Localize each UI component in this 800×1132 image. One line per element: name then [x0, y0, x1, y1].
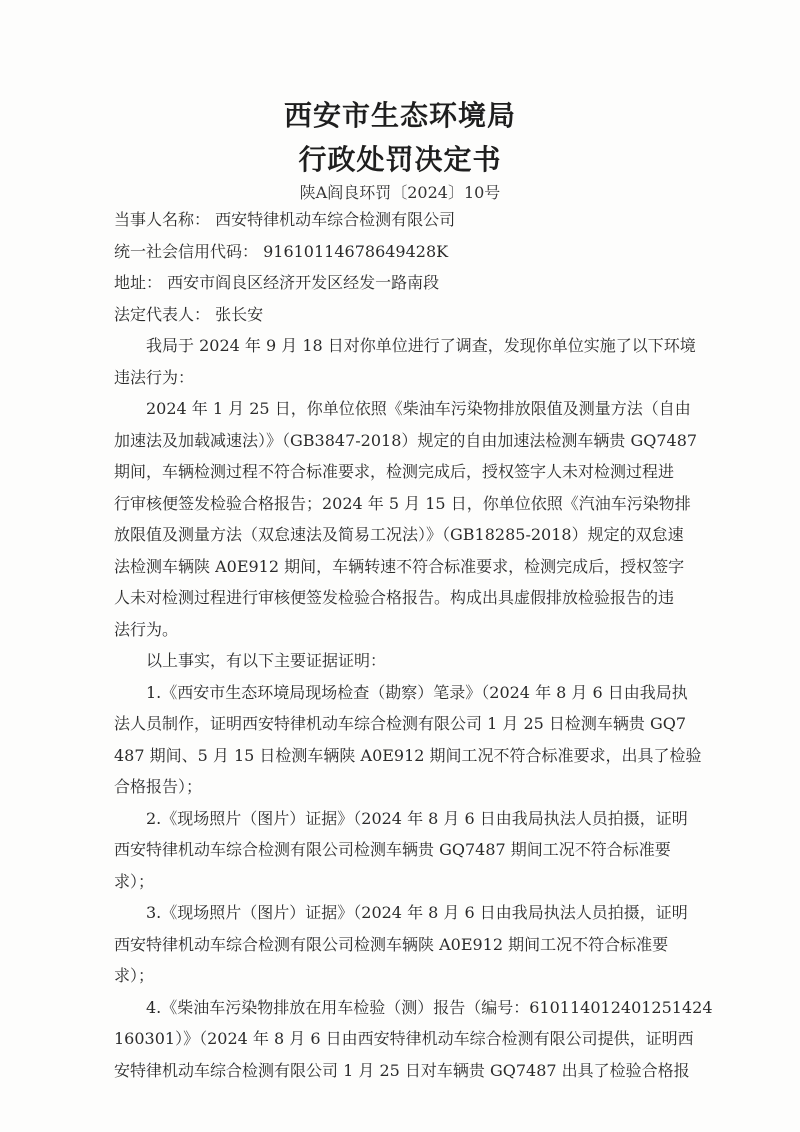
evidence-item-2: 2.《现场照片（图片）证据》（2024 年 8 月 6 日由我局执法人员拍摄，证…: [114, 803, 688, 835]
evidence-item-2-cont: 求）；: [114, 866, 688, 898]
evidence-item-4: 4.《柴油车污染物排放在用车检验（测）报告（编号：610114012401251…: [114, 992, 688, 1024]
violation-paragraph-cont: 人未对检测过程进行审核便签发检验合格报告。构成出具虚假排放检验报告的违: [114, 582, 688, 614]
violation-paragraph-cont: 行审核便签发检验合格报告；2024 年 5 月 15 日，你单位依照《汽油车污染…: [114, 488, 688, 520]
violation-paragraph-cont: 期间，车辆检测过程不符合标准要求，检测完成后，授权签字人未对检测过程进: [114, 456, 688, 488]
evidence-intro: 以上事实，有以下主要证据证明：: [114, 645, 688, 677]
evidence-item-2-cont: 西安特律机动车综合检测有限公司检测车辆贵 GQ7487 期间工况不符合标准要: [114, 834, 688, 866]
violation-paragraph-cont: 放限值及测量方法（双怠速法及简易工况法）》（GB18285-2018）规定的双怠…: [114, 519, 688, 551]
investigation-paragraph-cont: 违法行为：: [114, 362, 688, 394]
party-name-line: 当事人名称： 西安特律机动车综合检测有限公司: [114, 204, 688, 236]
evidence-item-1-cont: 487 期间、5 月 15 日检测车辆陕 A0E912 期间工况不符合标准要求，…: [114, 740, 688, 772]
address-line: 地址： 西安市阎良区经济开发区经发一路南段: [114, 267, 688, 299]
evidence-item-1: 1.《西安市生态环境局现场检查（勘察）笔录》（2024 年 8 月 6 日由我局…: [114, 677, 688, 709]
issuing-authority-title: 西安市生态环境局: [0, 94, 800, 134]
document-type-title: 行政处罚决定书: [0, 138, 800, 178]
violation-paragraph-cont: 法行为。: [114, 614, 688, 646]
legal-rep-line: 法定代表人： 张长安: [114, 299, 688, 331]
credit-code-line: 统一社会信用代码： 91610114678649428K: [114, 236, 688, 268]
evidence-item-3: 3.《现场照片（图片）证据》（2024 年 8 月 6 日由我局执法人员拍摄，证…: [114, 897, 688, 929]
violation-paragraph-cont: 加速法及加载减速法）》（GB3847-2018）规定的自由加速法检测车辆贵 GQ…: [114, 425, 688, 457]
document-body: 当事人名称： 西安特律机动车综合检测有限公司 统一社会信用代码： 9161011…: [114, 204, 688, 1086]
evidence-item-1-cont: 法人员制作，证明西安特律机动车综合检测有限公司 1 月 25 日检测车辆贵 GQ…: [114, 708, 688, 740]
evidence-item-3-cont: 西安特律机动车综合检测有限公司检测车辆陕 A0E912 期间工况不符合标准要: [114, 929, 688, 961]
evidence-item-4-cont: 安特律机动车综合检测有限公司 1 月 25 日对车辆贵 GQ7487 出具了检验…: [114, 1055, 688, 1087]
violation-paragraph: 2024 年 1 月 25 日，你单位依照《柴油车污染物排放限值及测量方法（自由: [114, 393, 688, 425]
evidence-item-4-cont: 160301）》（2024 年 8 月 6 日由西安特律机动车综合检测有限公司提…: [114, 1023, 688, 1055]
violation-paragraph-cont: 法检测车辆陕 A0E912 期间，车辆转速不符合标准要求，检测完成后，授权签字: [114, 551, 688, 583]
document-page: 西安市生态环境局 行政处罚决定书 陕A阎良环罚〔2024〕10号 当事人名称： …: [0, 0, 800, 1132]
investigation-paragraph: 我局于 2024 年 9 月 18 日对你单位进行了调查，发现你单位实施了以下环…: [114, 330, 688, 362]
document-number: 陕A阎良环罚〔2024〕10号: [0, 180, 800, 203]
evidence-item-1-cont: 合格报告）；: [114, 771, 688, 803]
evidence-item-3-cont: 求）；: [114, 960, 688, 992]
